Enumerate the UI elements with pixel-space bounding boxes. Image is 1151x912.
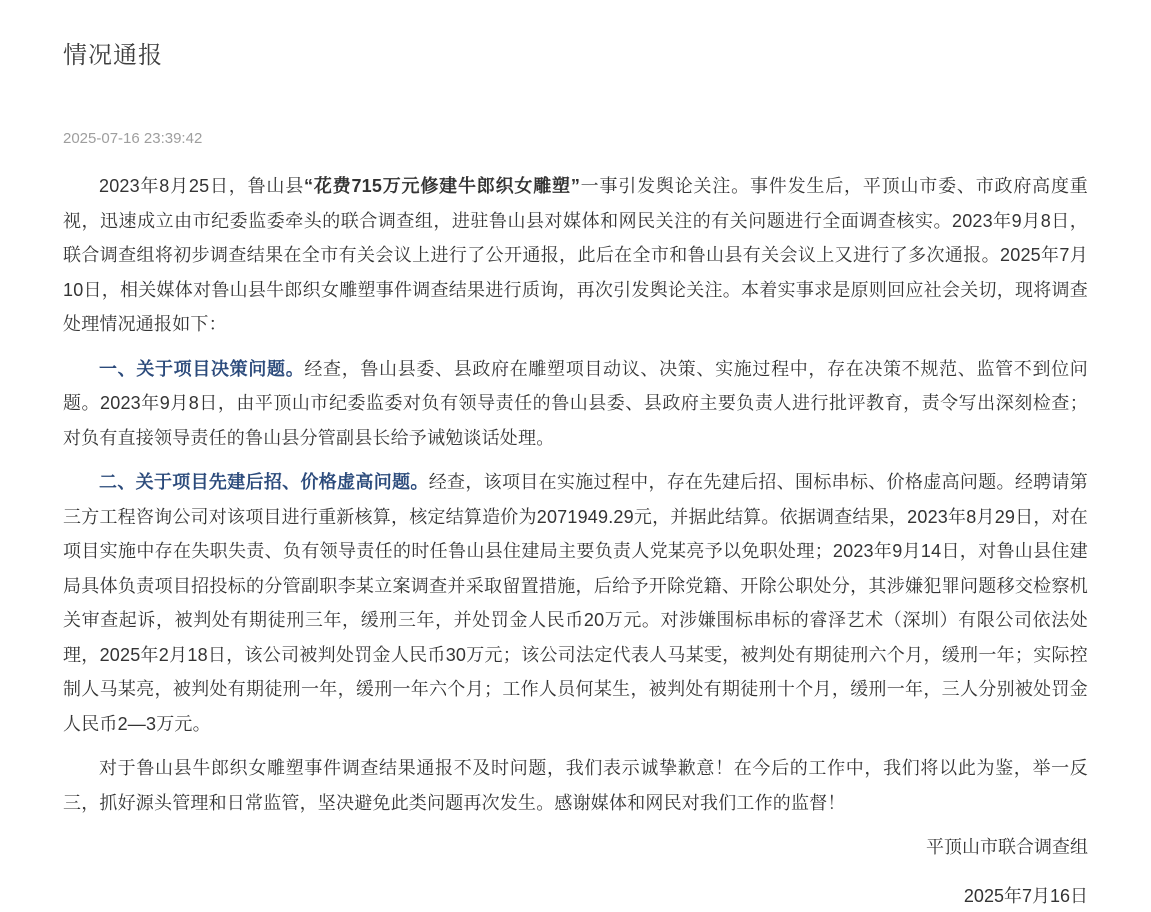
section-1-heading: 一、关于项目决策问题。 xyxy=(99,359,304,379)
publish-timestamp: 2025-07-16 23:39:42 xyxy=(63,129,1088,149)
paragraph-intro: 2023年8月25日，鲁山县“花费715万元修建牛郎织女雕塑”一事引发舆论关注。… xyxy=(63,169,1088,342)
signature-org: 平顶山市联合调查组 xyxy=(63,830,1088,865)
apology-text: 对于鲁山县牛郎织女雕塑事件调查结果通报不及时问题，我们表示诚挚歉意！在今后的工作… xyxy=(63,758,1088,813)
signature-block: 平顶山市联合调查组 2025年7月16日 xyxy=(63,830,1088,912)
section-2-body: 经查，该项目在实施过程中，存在先建后招、围标串标、价格虚高问题。经聘请第三方工程… xyxy=(63,472,1088,734)
paragraph-section-2: 二、关于项目先建后招、价格虚高问题。经查，该项目在实施过程中，存在先建后招、围标… xyxy=(63,465,1088,741)
section-2-heading: 二、关于项目先建后招、价格虚高问题。 xyxy=(99,472,429,492)
intro-quoted-phrase: “花费715万元修建牛郎织女雕塑” xyxy=(304,176,580,196)
page-title: 情况通报 xyxy=(63,40,1088,72)
intro-text-rest: 一事引发舆论关注。事件发生后，平顶山市委、市政府高度重视，迅速成立由市纪委监委牵… xyxy=(63,176,1088,334)
intro-text-lead: 2023年8月25日，鲁山县 xyxy=(99,176,304,196)
signature-date: 2025年7月16日 xyxy=(63,879,1088,912)
notice-page: 情况通报 2025-07-16 23:39:42 2023年8月25日，鲁山县“… xyxy=(0,0,1151,912)
notice-body: 2023年8月25日，鲁山县“花费715万元修建牛郎织女雕塑”一事引发舆论关注。… xyxy=(63,169,1088,912)
paragraph-section-1: 一、关于项目决策问题。经查，鲁山县委、县政府在雕塑项目动议、决策、实施过程中，存… xyxy=(63,352,1088,456)
paragraph-apology: 对于鲁山县牛郎织女雕塑事件调查结果通报不及时问题，我们表示诚挚歉意！在今后的工作… xyxy=(63,751,1088,820)
